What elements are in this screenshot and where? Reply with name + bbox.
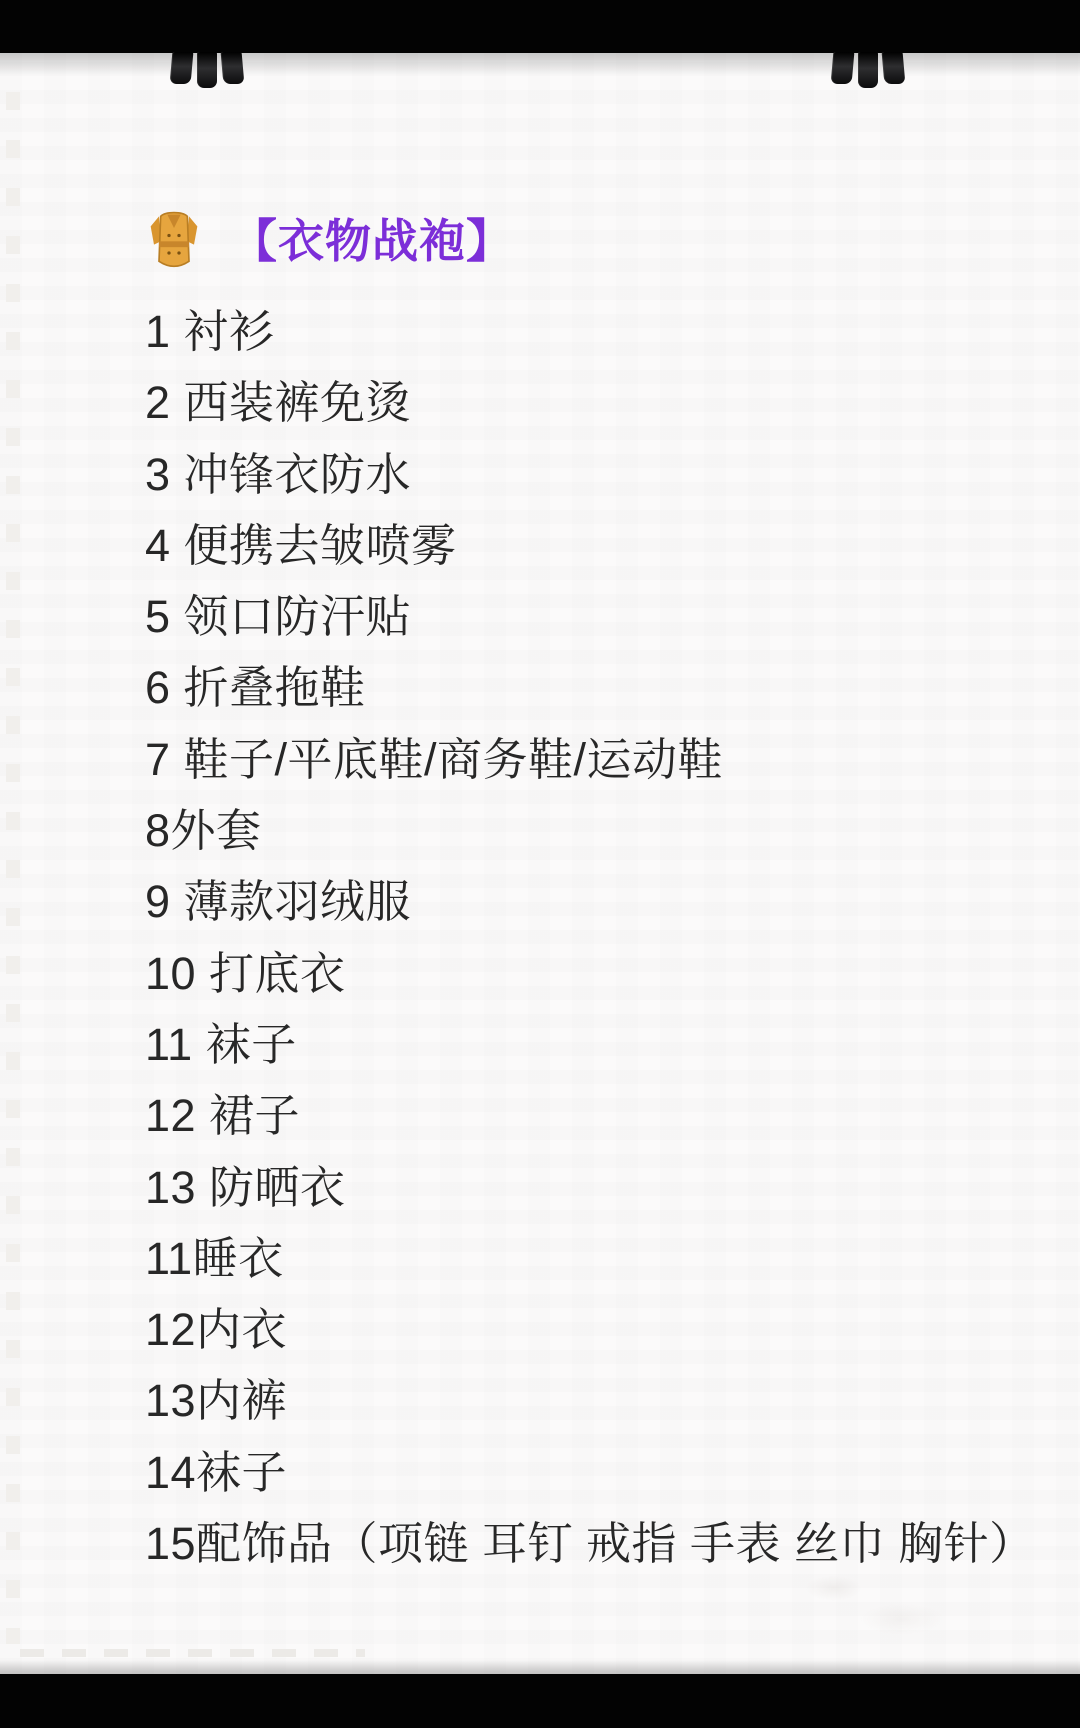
- binder-clip-left-icon: [171, 52, 243, 88]
- list-item: 13 防晒衣: [145, 1152, 1045, 1223]
- paper-bottom-shadow: [0, 1660, 1080, 1674]
- list-item: 11 袜子: [145, 1009, 1045, 1080]
- top-letterbox-bar: [0, 0, 1080, 53]
- bottom-letterbox-bar: [0, 1674, 1080, 1728]
- clip-leg: [197, 52, 218, 88]
- list-item: 5 领口防汗贴: [145, 581, 1045, 652]
- paper-top-shadow: [0, 53, 1080, 75]
- list-item: 13内裤: [145, 1365, 1045, 1436]
- list-item: 1 衬衫: [145, 296, 1045, 367]
- list-item: 10 打底衣: [145, 938, 1045, 1009]
- clip-leg: [858, 52, 879, 88]
- checklist: 1 衬衫2 西装裤免烫3 冲锋衣防水4 便携去皱喷雾5 领口防汗贴6 折叠拖鞋7…: [145, 296, 1045, 1579]
- clip-leg: [831, 52, 854, 84]
- list-item: 2 西装裤免烫: [145, 367, 1045, 438]
- list-item: 14袜子: [145, 1437, 1045, 1508]
- list-item: 11睡衣: [145, 1223, 1045, 1294]
- coat-emoji: [147, 208, 201, 268]
- list-item: 9 薄款羽绒服: [145, 866, 1045, 937]
- list-item: 8外套: [145, 795, 1045, 866]
- list-item: 12内衣: [145, 1294, 1045, 1365]
- left-dotted-guide: [6, 92, 20, 1644]
- note-header: 【衣物战袍】: [147, 206, 513, 270]
- clip-leg: [170, 52, 193, 84]
- bottom-dashed-line: [20, 1649, 365, 1657]
- list-item: 7 鞋子/平底鞋/商务鞋/运动鞋: [145, 724, 1045, 795]
- binder-clip-right-icon: [832, 52, 904, 88]
- note-title: 【衣物战袍】: [231, 205, 513, 271]
- list-item: 6 折叠拖鞋: [145, 652, 1045, 723]
- list-item: 12 裙子: [145, 1080, 1045, 1151]
- clip-leg: [882, 52, 905, 84]
- list-item: 15配饰品（项链 耳钉 戒指 手表 丝巾 胸针）: [145, 1508, 1045, 1579]
- list-item: 4 便携去皱喷雾: [145, 510, 1045, 581]
- list-item: 3 冲锋衣防水: [145, 439, 1045, 510]
- clip-leg: [221, 52, 244, 84]
